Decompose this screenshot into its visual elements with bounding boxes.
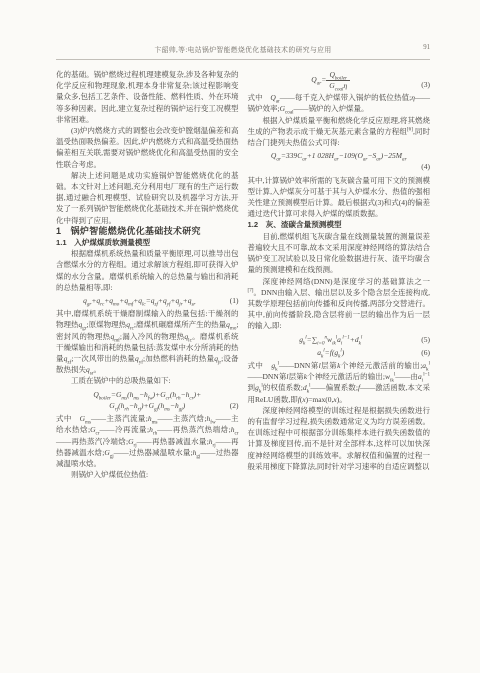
subsection-heading-1-1: 1.1 入炉煤煤质软测量模型 xyxy=(56,237,239,248)
equation-5: gkl=∑i=0nwiklail−1+dkl (5) xyxy=(248,334,431,345)
two-column-body: 化的基础。锅炉燃烧过程机理建模复杂,涉及各种复杂的化学反应和物理现象,机理本身非… xyxy=(56,69,430,480)
equation-4-line1: Qar=339Car+1 028Har−109(Oar−Sar)−25Mar xyxy=(248,150,431,161)
equation-3-body: Qar=QboilerGcoalη xyxy=(248,71,415,90)
right-column: Qar=QboilerGcoalη (3) 式中 Qar——每千克入炉煤带入锅炉… xyxy=(248,69,431,480)
paragraph-symbol-list-2: 式中 Gms——主蒸汽流量;hms——主蒸汽焓;hfw——主给水热焓;Gcr——… xyxy=(56,413,239,469)
equation-2: Qboiler=Gms(hms−hfw)+Gcr(hrh−hcr)+ Grj(h… xyxy=(56,389,239,411)
paragraph-symbol-list-5: 式中 gkl——DNN第l层第k个神经元激活前的输出;akl——DNN第l层第k… xyxy=(248,360,431,405)
section-heading-1: 1 锅炉智能燃烧优化基础技术研究 xyxy=(56,226,239,237)
equation-4-number: (4) xyxy=(414,161,430,172)
equation-6: akl=f(gkl) (6) xyxy=(248,347,431,358)
page-number: 91 xyxy=(423,44,430,51)
paragraph-solution: 解决上述问题是成功实施锅炉智能燃烧优化的基础。本文针对上述问题,充分利用电厂现有… xyxy=(56,170,239,226)
paragraph-iteration: 其中,计算锅炉效率所需的飞灰碳含量可用下文的预测模型计算,入炉煤灰分可基于其与入… xyxy=(248,175,431,220)
equation-3-fraction: QboilerGcoalη xyxy=(326,71,350,90)
left-column: 化的基础。锅炉燃烧过程机理建模复杂,涉及各种复杂的化学反应和物理现象,机理本身非… xyxy=(56,69,239,480)
running-header: 卞韶帅,等:电站锅炉智能燃烧优化基础技术的研究与应用 91 xyxy=(56,44,430,60)
equation-3-lhs: Qar= xyxy=(311,75,326,84)
equation-5-number: (5) xyxy=(414,334,430,345)
equation-2-line1: Qboiler=Gms(hms−hfw)+Gcr(hrh−hcr)+ xyxy=(56,389,239,400)
equation-1-body: qgr+qrc+qmo+qmf+qlc=qzf+qyf+qjr+qsr xyxy=(56,295,223,306)
equation-3-number: (3) xyxy=(414,79,430,90)
equation-6-body: akl=f(gkl) xyxy=(248,347,415,358)
equation-6-number: (6) xyxy=(414,347,430,358)
paragraph-symbol-list-3: 式中 Qar——每千克入炉煤带入锅炉的低位热值;η——锅炉效率;Gcoal——锅… xyxy=(248,92,431,114)
paragraph-heat-terms: 其中,磨煤机系统干燥磨制煤输入的热量包括:干燥剂的物理热qgr;原煤物理热qrc… xyxy=(56,308,239,375)
equation-3: Qar=QboilerGcoalη (3) xyxy=(248,71,431,90)
paragraph-continued: 化的基础。锅炉燃烧过程机理建模复杂,涉及各种复杂的化学反应和物理现象,机理本身非… xyxy=(56,69,239,125)
paragraph-flyash: 目前,燃煤机组飞灰碳含量在线测量装置的测量误差普遍较大且不可靠,故本文采用深度神… xyxy=(248,231,431,276)
equation-2-number: (2) xyxy=(223,400,239,411)
equation-3-denominator: Gcoalη xyxy=(326,81,350,90)
paragraph-dnn-intro: 深度神经网络(DNN)是深度学习的基础算法之一[7]。DNN由输入层、输出层以及… xyxy=(248,276,431,332)
equation-2-line2: Grj(hrh−hrj)+Ggj(hms−hgj) xyxy=(72,400,223,411)
paragraph-mass-balance: 根据入炉煤质量平衡和燃烧化学反应原理,将其燃烧生成的产物表示成干燥无灰基元素含量… xyxy=(248,115,431,149)
paragraph-lhv-intro: 则锅炉入炉煤低位热值: xyxy=(56,469,239,480)
equation-1-number: (1) xyxy=(223,295,239,306)
equation-1: qgr+qrc+qmo+qmf+qlc=qzf+qyf+qjr+qsr (1) xyxy=(56,295,239,306)
paragraph-item3: (3)炉内燃烧方式的调整也会改变炉膛烟温偏差和高温受热面吸热偏差。因此,炉内燃烧… xyxy=(56,125,239,170)
equation-4: Qar=339Car+1 028Har−109(Oar−Sar)−25Mar (… xyxy=(248,150,431,172)
equation-3-numerator: Qboiler xyxy=(326,71,350,81)
subsection-heading-1-2: 1.2 灰、渣碳含量预测模型 xyxy=(248,219,431,230)
paragraph-training: 深度神经网络模型的训练过程是根据损失函数进行的有监督学习过程,损失函数通常定义为… xyxy=(248,405,431,472)
paragraph-mill-balance: 根据磨煤机系统热量和质量平衡原理,可以推导出包含燃煤水分的方程组。通过求解该方程… xyxy=(56,248,239,293)
equation-5-body: gkl=∑i=0nwiklail−1+dkl xyxy=(248,334,415,345)
running-title: 卞韶帅,等:电站锅炉智能燃烧优化基础技术的研究与应用 xyxy=(154,47,331,54)
paper-page: 卞韶帅,等:电站锅炉智能燃烧优化基础技术的研究与应用 91 化的基础。锅炉燃烧过… xyxy=(0,0,480,673)
paragraph-boiler-heat: 工质在锅炉中的总吸热量如下: xyxy=(56,375,239,386)
